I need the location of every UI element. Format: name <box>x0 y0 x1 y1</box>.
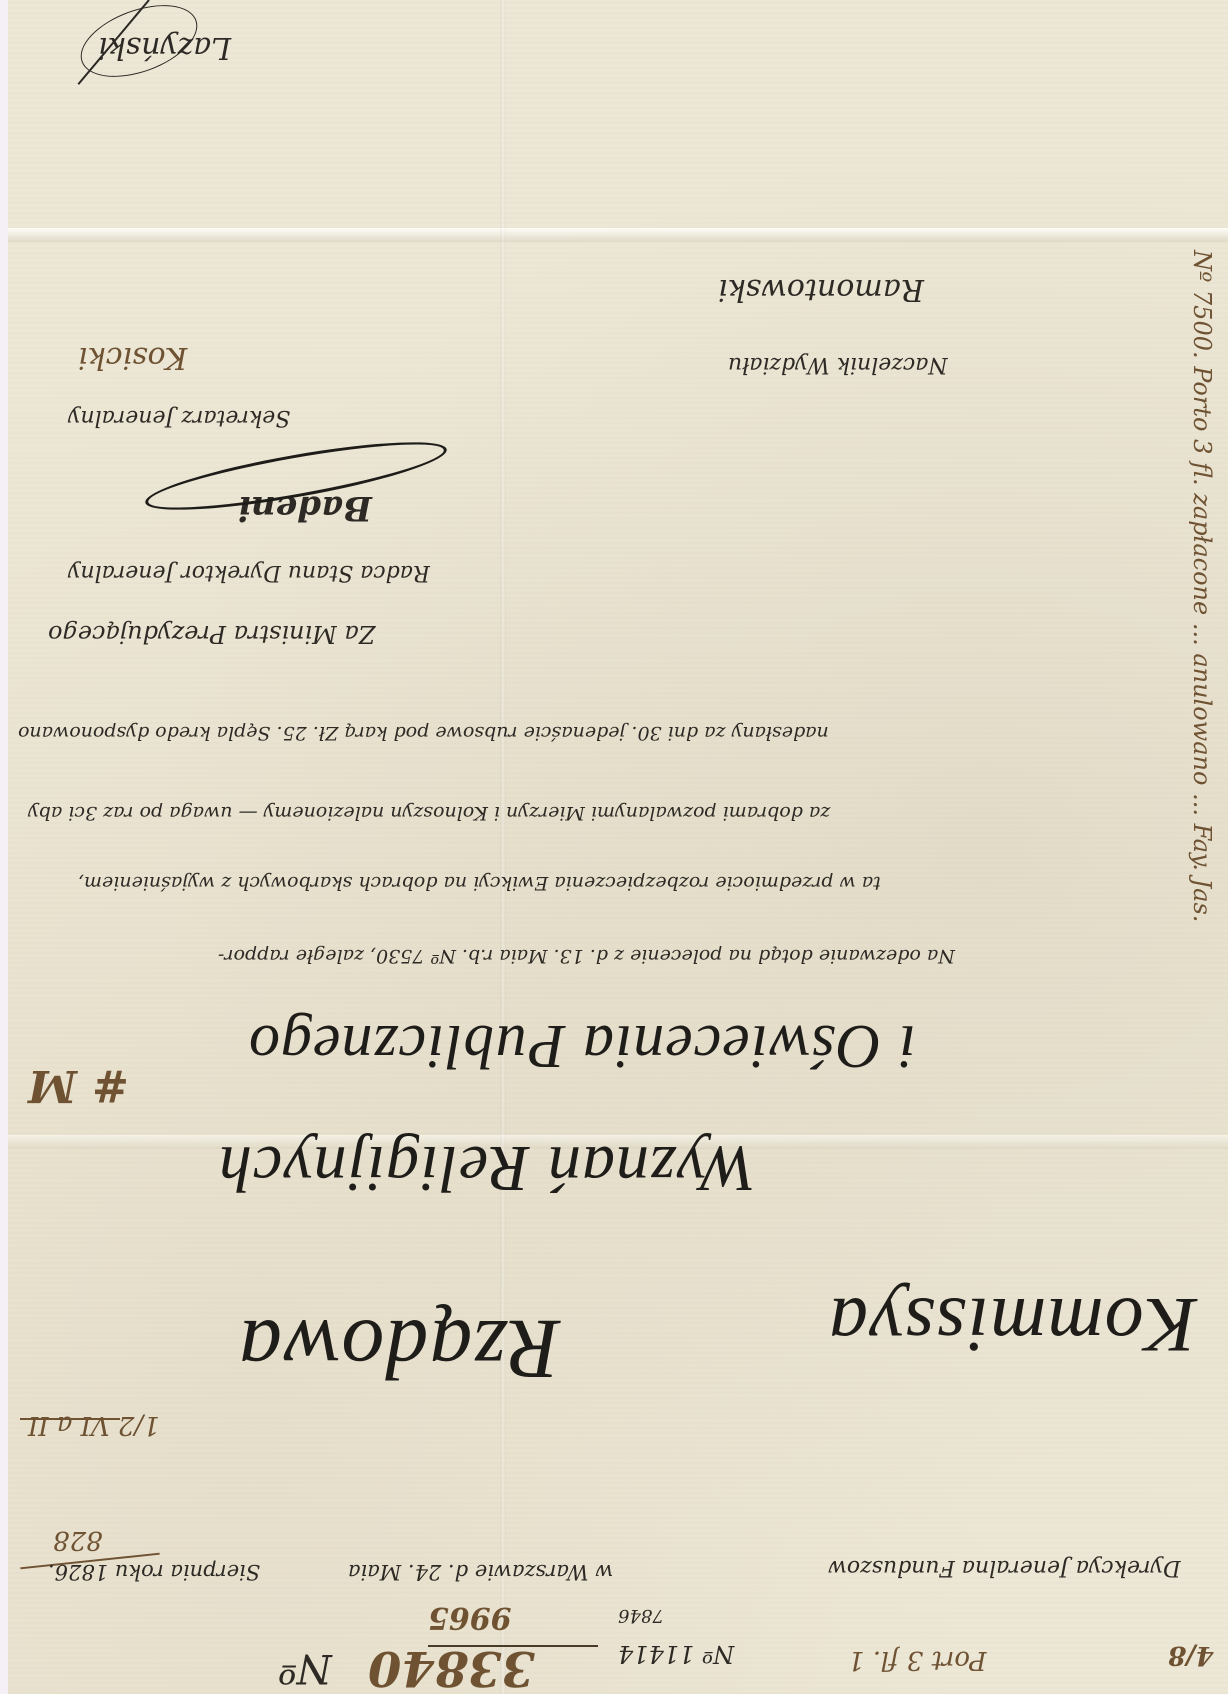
port-note: Port 3 fl. 1 <box>848 1645 986 1675</box>
body-line-4: nadesłany za dni 30. jedenaście rubsowe … <box>18 722 829 744</box>
register-sub: 7846 <box>618 1605 664 1626</box>
corner-fraction: 4/8 <box>1168 1640 1214 1670</box>
referent-label: Naczelnik Wydziału <box>728 352 948 377</box>
body-line-3: za dobrami pozwalanymi Mierzyn i Kolnosz… <box>28 802 830 824</box>
secretary-name: Kosicki <box>78 340 187 375</box>
signature-flourish <box>71 0 207 91</box>
sub-number: 9965 <box>428 1600 512 1635</box>
margin-mark: # M <box>28 1060 129 1111</box>
letterhead-line3: i Oświecenia Publicznego <box>248 1010 916 1081</box>
referent-name: Ramontowski <box>718 272 924 307</box>
closing-line: Za Ministra Prezydującego <box>48 620 375 648</box>
letterhead-line1-word2: Rządowa <box>238 1300 560 1400</box>
fold-line <box>500 0 506 1694</box>
document-number: 33840 <box>368 1640 535 1694</box>
side-annotation: Nº 7500. Porto 3 fl. zapłacone ... anulo… <box>1188 250 1216 922</box>
body-line-1: Na odezwanie dotąd na polecenie z d. 13.… <box>218 945 955 967</box>
margin-rule <box>20 1418 120 1420</box>
number-prefix: Nº <box>278 1645 332 1691</box>
recipient-line: Dyrekcya Jeneralna Funduszow <box>828 1555 1181 1580</box>
document-sheet: Lazyński Ramontowski Naczelnik Wydziału … <box>8 0 1228 1694</box>
secretary-label: Sekretarz Jeneralny <box>68 405 290 430</box>
letterhead-line1-word1: Kommissya <box>828 1280 1197 1370</box>
register-number: Nº 11414 <box>618 1640 734 1668</box>
date-suffix: Sierpnia roku 1826. <box>48 1560 260 1584</box>
body-line-2: ta w przedmiocie rozbezpieczenia Ewikcyi… <box>78 872 881 894</box>
margin-note-bottom: 828 <box>53 1525 103 1555</box>
letterhead-line2: Wyznań Religijnych <box>218 1130 756 1206</box>
place-date: w Warszawie d. 24. Maia <box>348 1560 613 1584</box>
margin-note-top: 1/2 VI a II <box>28 1410 160 1440</box>
council-label: Radca Stanu Dyrektor Jeneralny <box>68 560 430 585</box>
fold-line <box>8 228 1228 242</box>
